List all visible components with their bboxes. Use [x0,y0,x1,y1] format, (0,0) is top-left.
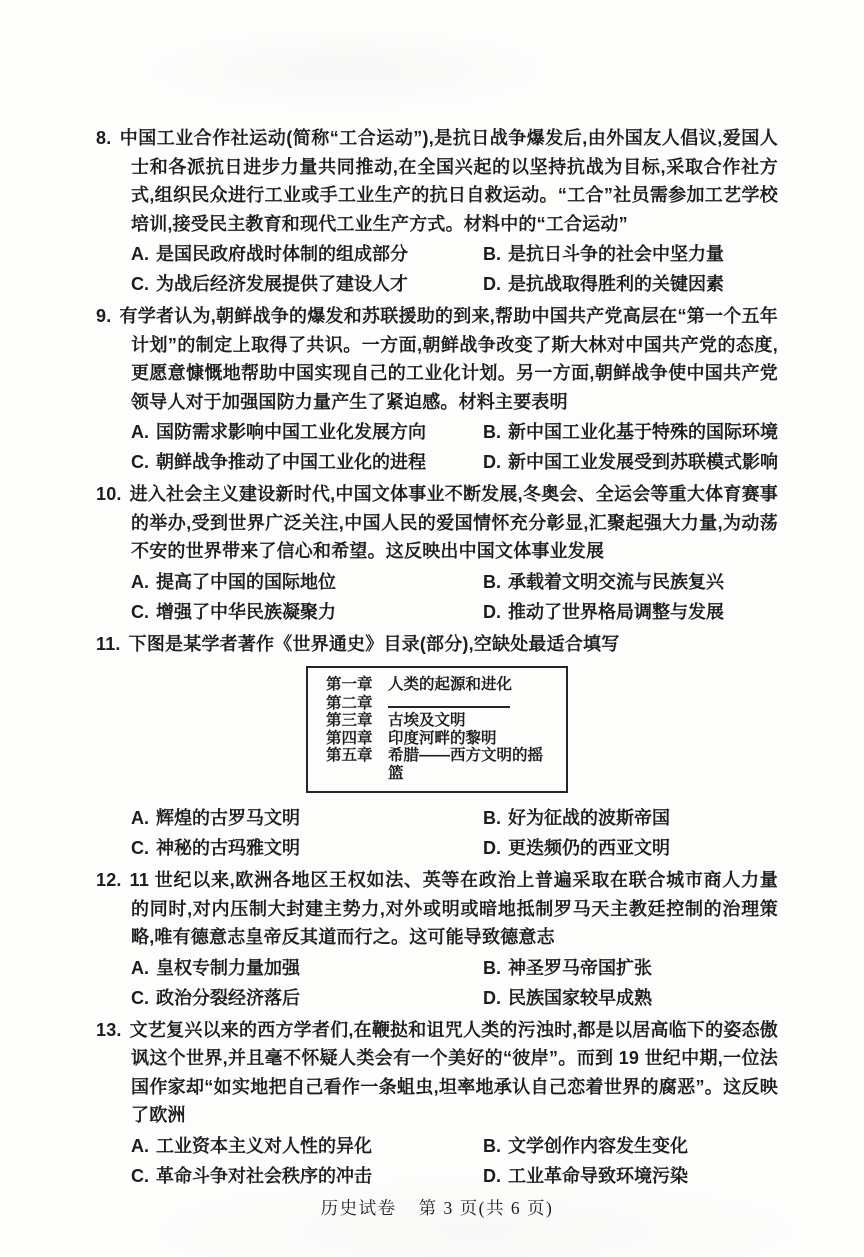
chapter-title: 人类的起源和进化 [388,676,554,694]
option-text: 工业革命导致环境污染 [508,1166,688,1186]
option-text: 革命斗争对社会秩序的冲击 [156,1166,372,1186]
toc-figure: 第一章人类的起源和进化 第二章 第三章古埃及文明 第四章印度河畔的黎明 第五章希… [306,666,568,793]
page-footer: 历史试卷第 3 页(共 6 页) [96,1195,778,1220]
option-text: 神圣罗马帝国扩张 [508,958,652,978]
option-text: 神秘的古玛雅文明 [156,838,300,858]
blank-line [388,694,510,708]
option-b: B.神圣罗马帝国扩张 [483,953,778,983]
option-label: B. [483,422,508,442]
option-label: D. [483,602,508,622]
option-text: 文学创作内容发生变化 [508,1136,688,1156]
option-label: C. [131,274,156,294]
question-text: 下图是某学者著作《世界通史》目录(部分),空缺处最适合填写 [129,634,620,654]
chapter-label: 第五章 [326,747,388,765]
option-c: C.神秘的古玛雅文明 [131,833,483,863]
toc-row: 第四章印度河畔的黎明 [326,730,554,748]
question-number: 12. [96,870,130,890]
question-11: 11.下图是某学者著作《世界通史》目录(部分),空缺处最适合填写 第一章人类的起… [96,630,778,864]
option-a: A.工业资本主义对人性的异化 [131,1131,483,1161]
option-text: 更迭频仍的西亚文明 [508,838,670,858]
option-c: C.增强了中华民族凝聚力 [131,597,483,627]
option-text: 推动了世界格局调整与发展 [508,602,724,622]
option-text: 工业资本主义对人性的异化 [156,1136,372,1156]
option-a: A.是国民政府战时体制的组成部分 [131,239,483,269]
option-d: D.是抗战取得胜利的关键因素 [483,269,778,299]
question-8: 8.中国工业合作社运动(简称“工合运动”),是抗日战争爆发后,由外国友人倡议,爱… [96,124,778,299]
options-grid: A.皇权专制力量加强 B.神圣罗马帝国扩张 C.政治分裂经济落后 D.民族国家较… [96,953,778,1013]
question-stem: 13.文艺复兴以来的西方学者们,在鞭挞和诅咒人类的污浊时,都是以居高临下的姿态傲… [96,1016,778,1130]
question-12: 12.11 世纪以来,欧洲各地区王权如法、英等在政治上普遍采取在联合城市商人力量… [96,866,778,1013]
options-grid: A.国防需求影响中国工业化发展方向 B.新中国工业化基于特殊的国际环境 C.朝鲜… [96,417,778,477]
question-number: 8. [96,128,119,148]
option-b: B.文学创作内容发生变化 [483,1131,778,1161]
exam-page-scan: 8.中国工业合作社运动(简称“工合运动”),是抗日战争爆发后,由外国友人倡议,爱… [0,0,864,1257]
option-b: B.好为征战的波斯帝国 [483,803,778,833]
option-label: D. [483,452,508,472]
option-label: A. [131,958,156,978]
option-label: B. [483,958,508,978]
question-text: 有学者认为,朝鲜战争的爆发和苏联援助的到来,帮助中国共产党高层在“第一个五年计划… [119,306,778,412]
option-label: B. [483,1136,508,1156]
page-number: 第 3 页(共 6 页) [419,1198,554,1218]
option-label: C. [131,1166,156,1186]
option-d: D.新中国工业发展受到苏联模式影响 [483,447,778,477]
question-number: 11. [96,634,129,654]
question-10: 10.进入社会主义建设新时代,中国文体事业不断发展,冬奥会、全运会等重大体育赛事… [96,480,778,627]
option-text: 民族国家较早成熟 [508,988,652,1008]
option-text: 是国民政府战时体制的组成部分 [156,244,408,264]
option-label: B. [483,808,508,828]
options-grid: A.是国民政府战时体制的组成部分 B.是抗日斗争的社会中坚力量 C.为战后经济发… [96,239,778,299]
option-c: C.政治分裂经济落后 [131,983,483,1013]
option-text: 新中国工业发展受到苏联模式影响 [508,452,778,472]
option-label: D. [483,274,508,294]
question-stem: 8.中国工业合作社运动(简称“工合运动”),是抗日战争爆发后,由外国友人倡议,爱… [96,124,778,238]
option-label: B. [483,244,508,264]
option-b: B.新中国工业化基于特殊的国际环境 [483,417,778,447]
option-a: A.提高了中国的国际地位 [131,567,483,597]
option-c: C.朝鲜战争推动了中国工业化的进程 [131,447,483,477]
option-label: C. [131,838,156,858]
option-d: D.民族国家较早成熟 [483,983,778,1013]
toc-row: 第三章古埃及文明 [326,712,554,730]
option-b: B.是抗日斗争的社会中坚力量 [483,239,778,269]
chapter-title: 古埃及文明 [388,712,554,730]
option-c: C.革命斗争对社会秩序的冲击 [131,1161,483,1191]
option-label: B. [483,572,508,592]
option-a: A.国防需求影响中国工业化发展方向 [131,417,483,447]
question-text: 中国工业合作社运动(简称“工合运动”),是抗日战争爆发后,由外国友人倡议,爱国人… [119,128,778,234]
question-number: 10. [96,484,130,504]
option-label: C. [131,988,156,1008]
chapter-title: 希腊——西方文明的摇篮 [388,747,554,782]
option-label: A. [131,244,156,264]
question-text: 11 世纪以来,欧洲各地区王权如法、英等在政治上普遍采取在联合城市商人力量的同时… [130,870,778,947]
chapter-title: 印度河畔的黎明 [388,730,554,748]
option-label: C. [131,452,156,472]
option-label: A. [131,422,156,442]
option-text: 新中国工业化基于特殊的国际环境 [508,422,778,442]
toc-row: 第一章人类的起源和进化 [326,676,554,694]
option-b: B.承载着文明交流与民族复兴 [483,567,778,597]
options-grid: A.提高了中国的国际地位 B.承载着文明交流与民族复兴 C.增强了中华民族凝聚力… [96,567,778,627]
option-label: D. [483,988,508,1008]
option-text: 好为征战的波斯帝国 [508,808,670,828]
option-d: D.推动了世界格局调整与发展 [483,597,778,627]
option-d: D.工业革命导致环境污染 [483,1161,778,1191]
exam-title: 历史试卷 [321,1198,397,1218]
option-text: 承载着文明交流与民族复兴 [508,572,724,592]
question-9: 9.有学者认为,朝鲜战争的爆发和苏联援助的到来,帮助中国共产党高层在“第一个五年… [96,302,778,477]
option-label: D. [483,1166,508,1186]
toc-row: 第二章 [326,694,554,713]
option-label: A. [131,808,156,828]
question-number: 9. [96,306,119,326]
option-text: 是抗日斗争的社会中坚力量 [508,244,724,264]
question-13: 13.文艺复兴以来的西方学者们,在鞭挞和诅咒人类的污浊时,都是以居高临下的姿态傲… [96,1016,778,1191]
option-label: D. [483,838,508,858]
chapter-title [388,694,554,713]
exam-content: 8.中国工业合作社运动(简称“工合运动”),是抗日战争爆发后,由外国友人倡议,爱… [96,124,778,1220]
option-text: 提高了中国的国际地位 [156,572,336,592]
options-grid: A.辉煌的古罗马文明 B.好为征战的波斯帝国 C.神秘的古玛雅文明 D.更迭频仍… [96,803,778,863]
toc-row: 第五章希腊——西方文明的摇篮 [326,747,554,782]
option-a: A.辉煌的古罗马文明 [131,803,483,833]
option-text: 国防需求影响中国工业化发展方向 [156,422,426,442]
question-stem: 12.11 世纪以来,欧洲各地区王权如法、英等在政治上普遍采取在联合城市商人力量… [96,866,778,952]
option-d: D.更迭频仍的西亚文明 [483,833,778,863]
option-text: 朝鲜战争推动了中国工业化的进程 [156,452,426,472]
question-number: 13. [96,1020,130,1040]
question-text: 进入社会主义建设新时代,中国文体事业不断发展,冬奥会、全运会等重大体育赛事的举办… [130,484,778,561]
option-text: 辉煌的古罗马文明 [156,808,300,828]
chapter-label: 第四章 [326,730,388,748]
option-a: A.皇权专制力量加强 [131,953,483,983]
option-text: 政治分裂经济落后 [156,988,300,1008]
option-label: C. [131,602,156,622]
option-text: 增强了中华民族凝聚力 [156,602,336,622]
chapter-label: 第三章 [326,712,388,730]
option-c: C.为战后经济发展提供了建设人才 [131,269,483,299]
option-text: 是抗战取得胜利的关键因素 [508,274,724,294]
chapter-label: 第二章 [326,695,388,713]
question-text: 文艺复兴以来的西方学者们,在鞭挞和诅咒人类的污浊时,都是以居高临下的姿态傲讽这个… [130,1020,778,1126]
options-grid: A.工业资本主义对人性的异化 B.文学创作内容发生变化 C.革命斗争对社会秩序的… [96,1131,778,1191]
option-label: A. [131,1136,156,1156]
question-stem: 10.进入社会主义建设新时代,中国文体事业不断发展,冬奥会、全运会等重大体育赛事… [96,480,778,566]
question-stem: 9.有学者认为,朝鲜战争的爆发和苏联援助的到来,帮助中国共产党高层在“第一个五年… [96,302,778,416]
question-stem: 11.下图是某学者著作《世界通史》目录(部分),空缺处最适合填写 [96,630,778,659]
chapter-label: 第一章 [326,676,388,694]
option-text: 为战后经济发展提供了建设人才 [156,274,408,294]
option-text: 皇权专制力量加强 [156,958,300,978]
option-label: A. [131,572,156,592]
